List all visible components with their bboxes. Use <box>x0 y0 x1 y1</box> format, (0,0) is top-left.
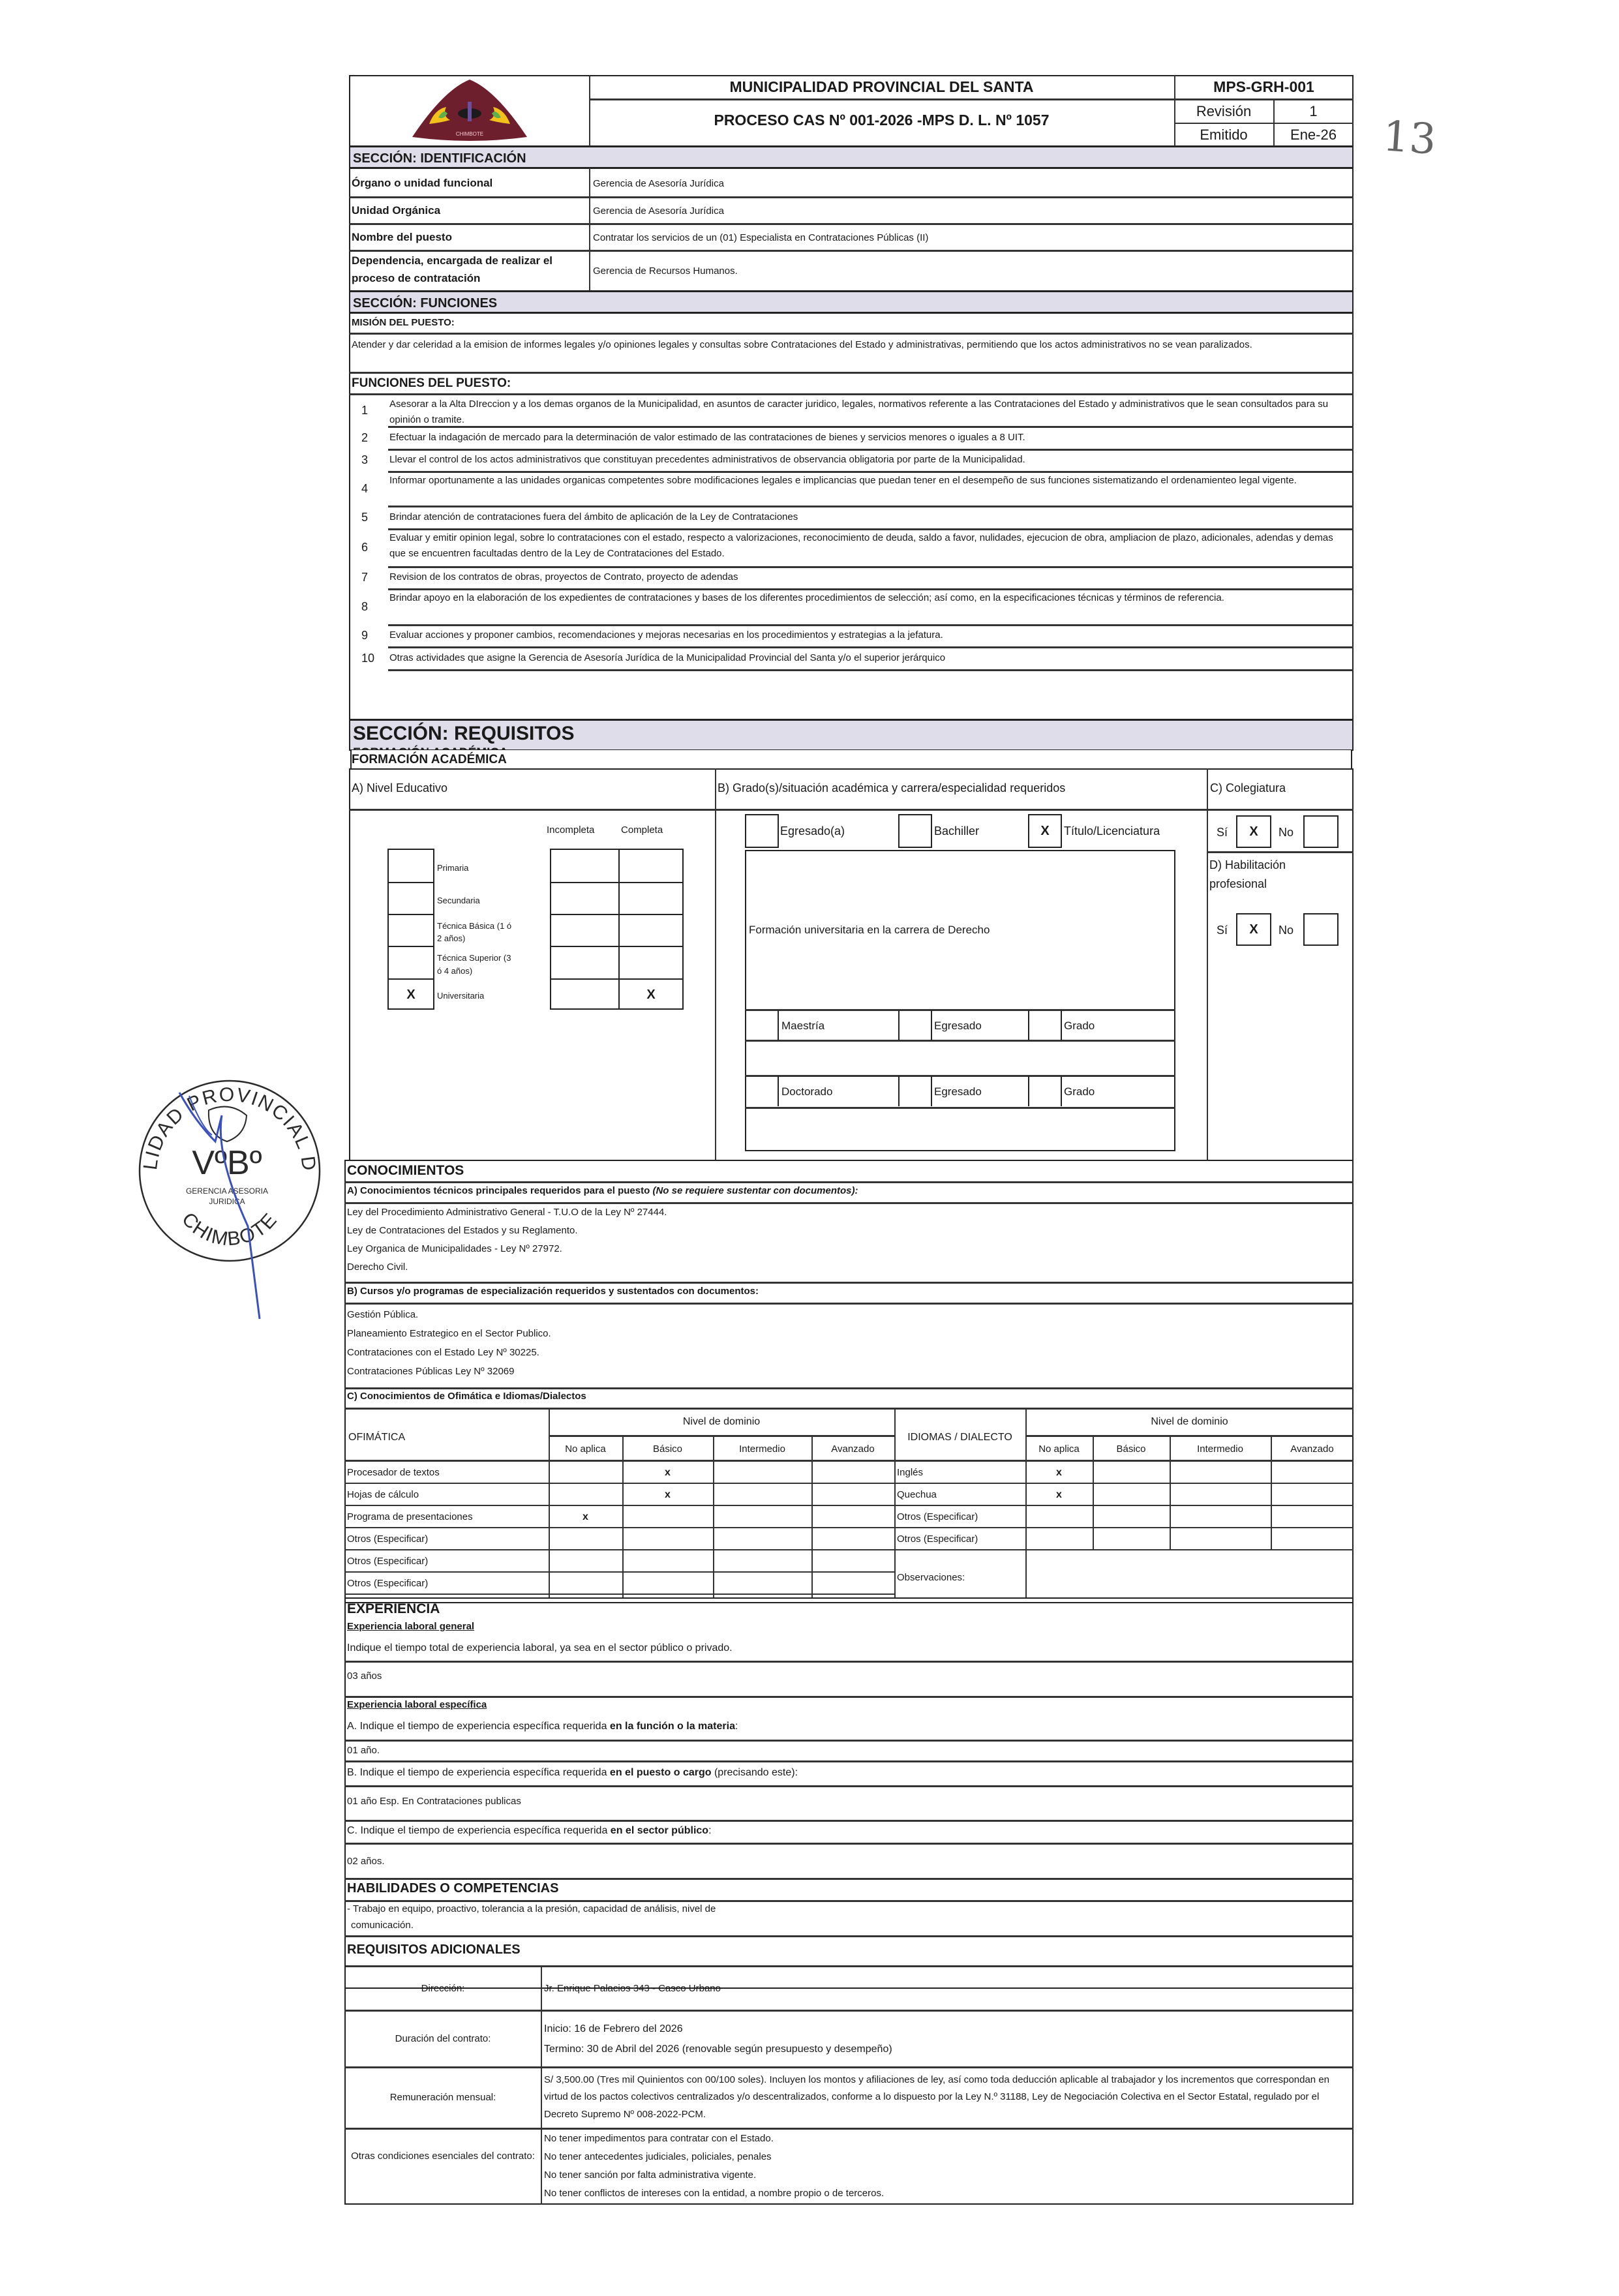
divider <box>1271 1435 1272 1550</box>
idioma-row-label: Quechua <box>897 1490 937 1500</box>
q-text: (precisando este): <box>712 1767 798 1778</box>
ofimatica-row-label: Otros (Especificar) <box>347 1578 428 1588</box>
divider <box>349 393 1354 395</box>
id-value-puesto: Contratar los servicios de un (01) Espec… <box>593 233 928 243</box>
conocimientos-a-note: (No se requiere sustentar con documentos… <box>652 1185 858 1196</box>
divider <box>349 196 1354 198</box>
conocimiento-item: Ley de Contrataciones del Estados y su R… <box>347 1226 578 1235</box>
funcion-number: 9 <box>361 629 368 641</box>
divider <box>388 566 1354 568</box>
ofimatica-row-label: Hojas de cálculo <box>347 1490 419 1500</box>
experiencia-especifica-label: Experiencia laboral específica <box>347 1700 487 1710</box>
doctorado-checkbox[interactable] <box>1028 1076 1062 1106</box>
nivel-checkbox[interactable] <box>387 946 434 980</box>
formacion-label: FORMACIÓN ACADÉMICA <box>352 753 507 766</box>
svg-text:CHIMBOTE: CHIMBOTE <box>456 131 483 137</box>
nivel-label: Técnica Superior (3 ó 4 años) <box>437 952 515 977</box>
maestria-checkbox[interactable] <box>745 1010 779 1040</box>
divider <box>894 1483 1354 1484</box>
idiomas-level-header: Intermedio <box>1170 1444 1271 1454</box>
id-value-unidad: Gerencia de Asesoría Jurídica <box>593 206 724 216</box>
idiomas-level-header: No aplica <box>1025 1444 1093 1454</box>
divider <box>344 1527 894 1528</box>
grado-option-label: Egresado(a) <box>780 825 845 837</box>
divider <box>344 1740 1354 1742</box>
grado-title: B) Grado(s)/situación académica y carrer… <box>718 782 1065 794</box>
doctorado-checkbox[interactable] <box>898 1076 932 1106</box>
idioma-row-label: Otros (Especificar) <box>897 1512 978 1522</box>
section-title: SECCIÓN: REQUISITOS <box>353 724 575 744</box>
section-requisitos: SECCIÓN: REQUISITOS FORMACIÓN ACADÉMICA <box>349 719 1354 751</box>
handwritten-page-number: 13 <box>1382 115 1438 161</box>
id-value-dependencia: Gerencia de Recursos Humanos. <box>593 266 738 276</box>
divider <box>745 1075 1175 1077</box>
experiencia-a-value: 01 año. <box>347 1745 380 1755</box>
funcion-text: Informar oportunamente a las unidades or… <box>389 473 1350 489</box>
colegiatura-si-checkbox[interactable]: X <box>1236 815 1271 848</box>
divider <box>344 1549 894 1550</box>
svg-text:CHIMBOTE: CHIMBOTE <box>177 1209 282 1250</box>
col-incompleta: Incompleta <box>547 825 594 835</box>
conocimientos-c-title: C) Conocimientos de Ofimática e Idiomas/… <box>347 1391 586 1401</box>
divider <box>344 1282 1354 1284</box>
q-text: B. Indique el tiempo de experiencia espe… <box>347 1767 610 1778</box>
nivel-educativo-title: A) Nivel Educativo <box>352 782 447 794</box>
direccion-value: Jr. Enrique Palacios 343 - Casco Urbano <box>544 1984 721 1993</box>
svg-text:GERENCIA ASESORIA: GERENCIA ASESORIA <box>186 1186 268 1196</box>
mision-text: Atender y dar celeridad a la emision de … <box>352 337 1350 352</box>
mision-label: MISIÓN DEL PUESTO: <box>352 318 455 327</box>
q-emphasis: en el sector público <box>611 1825 708 1836</box>
divider <box>1207 851 1354 853</box>
carrera-box <box>745 850 1175 1151</box>
divider <box>549 1409 550 1598</box>
divider <box>388 449 1354 451</box>
curso-item: Planeamiento Estrategico en el Sector Pu… <box>347 1329 551 1338</box>
colegiatura-no-checkbox[interactable] <box>1303 815 1339 848</box>
divider <box>344 1571 894 1573</box>
funcion-text: Brindar apoyo en la elaboración de los e… <box>389 590 1350 606</box>
divider <box>349 809 1354 811</box>
nivel-completa-cell[interactable] <box>618 914 684 947</box>
institution-name: MUNICIPALIDAD PROVINCIAL DEL SANTA <box>589 80 1174 95</box>
nivel-dominio-label: Nivel de dominio <box>549 1417 894 1427</box>
divider <box>344 1387 1354 1389</box>
divider <box>1170 1435 1171 1550</box>
q-text: : <box>735 1721 738 1732</box>
condicion-item: No tener sanción por falta administrativ… <box>544 2170 756 2180</box>
divider <box>1025 1409 1027 1598</box>
divider <box>344 1408 1354 1410</box>
divider <box>745 1009 1175 1011</box>
maestria-egresado-label: Egresado <box>934 1020 982 1031</box>
divider <box>344 1594 894 1595</box>
habilitacion-no-checkbox[interactable] <box>1303 913 1339 946</box>
doctorado-egresado-label: Egresado <box>934 1086 982 1097</box>
nivel-incompleta-cell[interactable] <box>550 978 620 1010</box>
nivel-label: Primaria <box>437 862 515 875</box>
nivel-incompleta-cell[interactable] <box>550 946 620 980</box>
funcion-number: 5 <box>361 511 368 523</box>
funcion-number: 7 <box>361 571 368 583</box>
divider <box>541 1965 542 2205</box>
q-text: : <box>708 1825 711 1836</box>
divider <box>344 1843 1354 1845</box>
ofimatica-row-label: Otros (Especificar) <box>347 1534 428 1544</box>
q-emphasis: en el puesto o cargo <box>610 1767 712 1778</box>
experiencia-a-question: A. Indique el tiempo de experiencia espe… <box>347 1721 738 1732</box>
divider <box>745 1107 1175 1109</box>
experiencia-table <box>344 1597 1354 1989</box>
divider <box>344 1202 1354 1204</box>
doctorado-label: Doctorado <box>781 1086 832 1097</box>
carrera-text: Formación universitaria en la carrera de… <box>749 924 990 935</box>
maestria-label: Maestría <box>781 1020 825 1031</box>
section-title: SECCIÓN: IDENTIFICACIÓN <box>353 152 526 165</box>
grado-checkbox[interactable]: X <box>1028 814 1062 848</box>
ofimatica-row-label: Programa de presentaciones <box>347 1512 473 1522</box>
grado-option-label: Título/Licenciatura <box>1064 825 1160 837</box>
funcion-number: 1 <box>361 404 368 416</box>
grado-option-label: Bachiller <box>934 825 979 837</box>
divider <box>349 333 1354 335</box>
nivel-label: Secundaria <box>437 894 515 907</box>
nivel-completa-cell[interactable]: X <box>618 978 684 1010</box>
funcion-text: Llevar el control de los actos administr… <box>389 455 1350 464</box>
divider <box>388 624 1354 626</box>
colegiatura-title: C) Colegiatura <box>1210 782 1286 794</box>
experiencia-c-question: C. Indique el tiempo de experiencia espe… <box>347 1826 712 1836</box>
ofimatica-level-header: No aplica <box>549 1444 622 1454</box>
divider <box>344 1785 1354 1787</box>
section-title: SECCIÓN: FUNCIONES <box>353 297 497 310</box>
curso-item: Gestión Pública. <box>347 1310 418 1320</box>
duracion-label: Duración del contrato: <box>346 2034 540 2044</box>
experiencia-title: EXPERIENCIA <box>347 1602 440 1616</box>
conocimiento-item: Derecho Civil. <box>347 1262 408 1272</box>
ofimatica-level-cell[interactable]: x <box>549 1512 622 1522</box>
experiencia-general-label: Experiencia laboral general <box>347 1622 474 1631</box>
idioma-row-label: Inglés <box>897 1468 923 1477</box>
funcion-text: Asesorar a la Alta DIreccion y a los dem… <box>389 397 1350 428</box>
nivel-checkbox[interactable] <box>387 849 434 883</box>
ofimatica-level-header: Intermedio <box>713 1444 811 1454</box>
funcion-number: 2 <box>361 432 368 444</box>
conocimientos-a-title: A) Conocimientos técnicos principales re… <box>347 1186 858 1196</box>
nivel-incompleta-cell[interactable] <box>550 849 620 883</box>
divider <box>344 2128 1354 2130</box>
revision-label: Revisión <box>1174 104 1273 119</box>
ofimatica-level-cell[interactable]: x <box>622 1468 713 1478</box>
ofimatica-row-label: Procesador de textos <box>347 1468 440 1477</box>
doctorado-grado-label: Grado <box>1064 1086 1095 1097</box>
condicion-item: No tener antecedentes judiciales, polici… <box>544 2152 772 2162</box>
divider <box>344 1505 894 1506</box>
id-label-organo: Órgano o unidad funcional <box>352 177 492 189</box>
nivel-completa-cell[interactable] <box>618 946 684 980</box>
colegiatura-no-label: No <box>1279 826 1294 838</box>
nivel-checkbox[interactable] <box>387 882 434 915</box>
funcion-text: Revision de los contratos de obras, proy… <box>389 572 1350 582</box>
document-code: MPS-GRH-001 <box>1174 80 1354 95</box>
nivel-completa-cell[interactable] <box>618 882 684 915</box>
habilidades-title: HABILIDADES O COMPETENCIAS <box>347 1882 558 1895</box>
nivel-completa-cell[interactable] <box>618 849 684 883</box>
remuneracion-value: S/ 3,500.00 (Tres mil Quinientos con 00/… <box>544 2072 1348 2123</box>
divider <box>715 768 716 1161</box>
nivel-incompleta-cell[interactable] <box>550 914 620 947</box>
ofimatica-level-header: Básico <box>622 1444 713 1454</box>
divider <box>349 223 1354 225</box>
funcion-text: Evaluar acciones y proponer cambios, rec… <box>389 630 1350 640</box>
nivel-label: Universitaria <box>437 989 515 1003</box>
id-value-organo: Gerencia de Asesoría Jurídica <box>593 179 724 189</box>
condicion-item: No tener conflictos de intereses con la … <box>544 2188 884 2198</box>
divider <box>344 1878 1354 1880</box>
divider <box>1207 768 1208 1161</box>
divider <box>549 1435 894 1437</box>
nivel-label: Técnica Básica (1 ó 2 años) <box>437 920 515 945</box>
experiencia-general-label-text: Experiencia laboral general <box>347 1621 474 1632</box>
idiomas-label: IDIOMAS / DIALECTO <box>894 1432 1025 1443</box>
funcion-number: 10 <box>361 652 374 664</box>
maestria-grado-label: Grado <box>1064 1020 1095 1031</box>
maestria-checkbox[interactable] <box>1028 1010 1062 1040</box>
experiencia-c-value: 02 años. <box>347 1856 385 1866</box>
funciones-label: FUNCIONES DEL PUESTO: <box>352 377 511 389</box>
experiencia-b-question: B. Indique el tiempo de experiencia espe… <box>347 1768 798 1778</box>
divider <box>894 1505 1354 1506</box>
funcion-number: 6 <box>361 541 368 553</box>
conocimiento-item: Ley del Procedimiento Administrativo Gen… <box>347 1207 667 1217</box>
ofimatica-row-label: Otros (Especificar) <box>347 1556 428 1566</box>
remuneracion-label: Remuneración mensual: <box>346 2092 540 2102</box>
habilitacion-no-label: No <box>1279 924 1294 936</box>
approval-stamp: MUNICIPALIDAD PROVINCIAL DEL SANTA CHIMB… <box>117 1037 352 1324</box>
issued-label: Emitido <box>1174 128 1273 142</box>
ofimatica-label: OFIMÁTICA <box>348 1432 405 1443</box>
habilidades-line2: comunicación. <box>351 1920 414 1930</box>
divider <box>894 1409 896 1598</box>
divider <box>388 669 1354 671</box>
divider <box>349 372 1354 374</box>
issued-value: Ene-26 <box>1273 128 1354 142</box>
habilitacion-si-label: Sí <box>1217 924 1228 936</box>
funcion-number: 4 <box>361 483 368 494</box>
idioma-row-label: Otros (Especificar) <box>897 1534 978 1544</box>
divider <box>344 1460 1354 1462</box>
divider <box>894 1527 1354 1528</box>
divider <box>344 1483 894 1484</box>
adicionales-title: REQUISITOS ADICIONALES <box>347 1943 521 1956</box>
conocimientos-a-title-text: A) Conocimientos técnicos principales re… <box>347 1185 652 1196</box>
idioma-level-cell[interactable]: x <box>1025 1468 1093 1478</box>
experiencia-general-question: Indique el tiempo total de experiencia l… <box>347 1643 733 1654</box>
divider <box>589 98 1354 100</box>
divider <box>344 1935 1354 1937</box>
funcion-text: Otras actividades que asigne la Gerencia… <box>389 653 1350 663</box>
grado-checkbox[interactable] <box>745 814 779 848</box>
idiomas-level-header: Básico <box>1093 1444 1170 1454</box>
doctorado-checkbox[interactable] <box>745 1076 779 1106</box>
divider <box>388 426 1354 428</box>
divider <box>344 2010 1354 2012</box>
divider <box>1174 123 1354 124</box>
ofimatica-level-header: Avanzado <box>811 1444 894 1454</box>
id-label-puesto: Nombre del puesto <box>352 232 452 243</box>
divider <box>344 1181 1354 1183</box>
section-funciones: SECCIÓN: FUNCIONES <box>349 291 1354 313</box>
condicion-item: No tener impedimentos para contratar con… <box>544 2134 774 2143</box>
duracion-inicio: Inicio: 16 de Febrero del 2026 <box>544 2024 683 2034</box>
col-completa: Completa <box>621 825 663 835</box>
ofimatica-level-cell[interactable]: x <box>622 1490 713 1500</box>
revision-value: 1 <box>1273 104 1354 119</box>
maestria-checkbox[interactable] <box>898 1010 932 1040</box>
divider <box>344 2066 1354 2068</box>
divider <box>344 1900 1354 1902</box>
conocimientos-title: CONOCIMIENTOS <box>347 1164 464 1177</box>
divider <box>1093 1435 1094 1550</box>
funcion-text: Efectuar la indagación de mercado para l… <box>389 432 1350 442</box>
funcion-number: 3 <box>361 454 368 466</box>
divider <box>344 1696 1354 1698</box>
habilitacion-title: D) Habilitación profesional <box>1209 856 1340 894</box>
q-text: C. Indique el tiempo de experiencia espe… <box>347 1825 611 1836</box>
q-emphasis: en la función o la materia <box>610 1721 735 1732</box>
funcion-text: Brindar atención de contrataciones fuera… <box>389 512 1350 522</box>
divider <box>894 1549 1354 1550</box>
id-label-dependencia: Dependencia, encargada de realizar el pr… <box>352 252 586 287</box>
idiomas-level-header: Avanzado <box>1271 1444 1354 1454</box>
svg-text:VºBº: VºBº <box>192 1144 262 1182</box>
curso-item: Contrataciones Públicas Ley Nº 32069 <box>347 1367 514 1376</box>
curso-item: Contrataciones con el Estado Ley Nº 3022… <box>347 1348 539 1357</box>
grado-checkbox[interactable] <box>898 814 932 848</box>
divider <box>745 1040 1175 1042</box>
divider <box>344 1760 1354 1762</box>
divider <box>344 1820 1354 1822</box>
duracion-termino: Termino: 30 de Abril del 2026 (renovable… <box>544 2044 892 2055</box>
divider <box>1025 1435 1354 1437</box>
nivel-dominio-label: Nivel de dominio <box>1025 1417 1354 1427</box>
experiencia-b-value: 01 año Esp. En Contrataciones publicas <box>347 1796 521 1806</box>
id-label-unidad: Unidad Orgánica <box>352 205 440 216</box>
divider <box>344 1303 1354 1305</box>
divider <box>388 506 1354 507</box>
idioma-level-cell[interactable]: x <box>1025 1490 1093 1500</box>
q-text: A. Indique el tiempo de experiencia espe… <box>347 1721 610 1732</box>
municipal-logo: CHIMBOTE <box>404 77 535 143</box>
experiencia-general-value: 03 años <box>347 1671 382 1681</box>
habilitacion-si-checkbox[interactable]: X <box>1236 913 1271 946</box>
process-title: PROCESO CAS Nº 001-2026 -MPS D. L. Nº 10… <box>589 113 1174 128</box>
conocimientos-b-title: B) Cursos y/o programas de especializaci… <box>347 1286 759 1296</box>
colegiatura-si-label: Sí <box>1217 826 1228 838</box>
experiencia-especifica-label-text: Experiencia laboral específica <box>347 1699 487 1710</box>
otras-condiciones-label: Otras condiciones esenciales del contrat… <box>349 2148 537 2165</box>
funcion-text: Evaluar y emitir opinion legal, sobre lo… <box>389 530 1350 562</box>
section-identificacion: SECCIÓN: IDENTIFICACIÓN <box>349 146 1354 168</box>
nivel-incompleta-cell[interactable] <box>550 882 620 915</box>
divider <box>344 1661 1354 1663</box>
divider <box>589 168 590 292</box>
observaciones-label: Observaciones: <box>897 1573 965 1582</box>
divider <box>388 646 1354 648</box>
nivel-checkbox[interactable]: X <box>387 978 434 1010</box>
habilidades-line1: - Trabajo en equipo, proactivo, toleranc… <box>347 1904 716 1914</box>
direccion-label: Dirección: <box>346 1984 540 1993</box>
funcion-number: 8 <box>361 601 368 612</box>
nivel-checkbox[interactable] <box>387 914 434 947</box>
conocimiento-item: Ley Organica de Municipalidades - Ley Nº… <box>347 1244 562 1254</box>
